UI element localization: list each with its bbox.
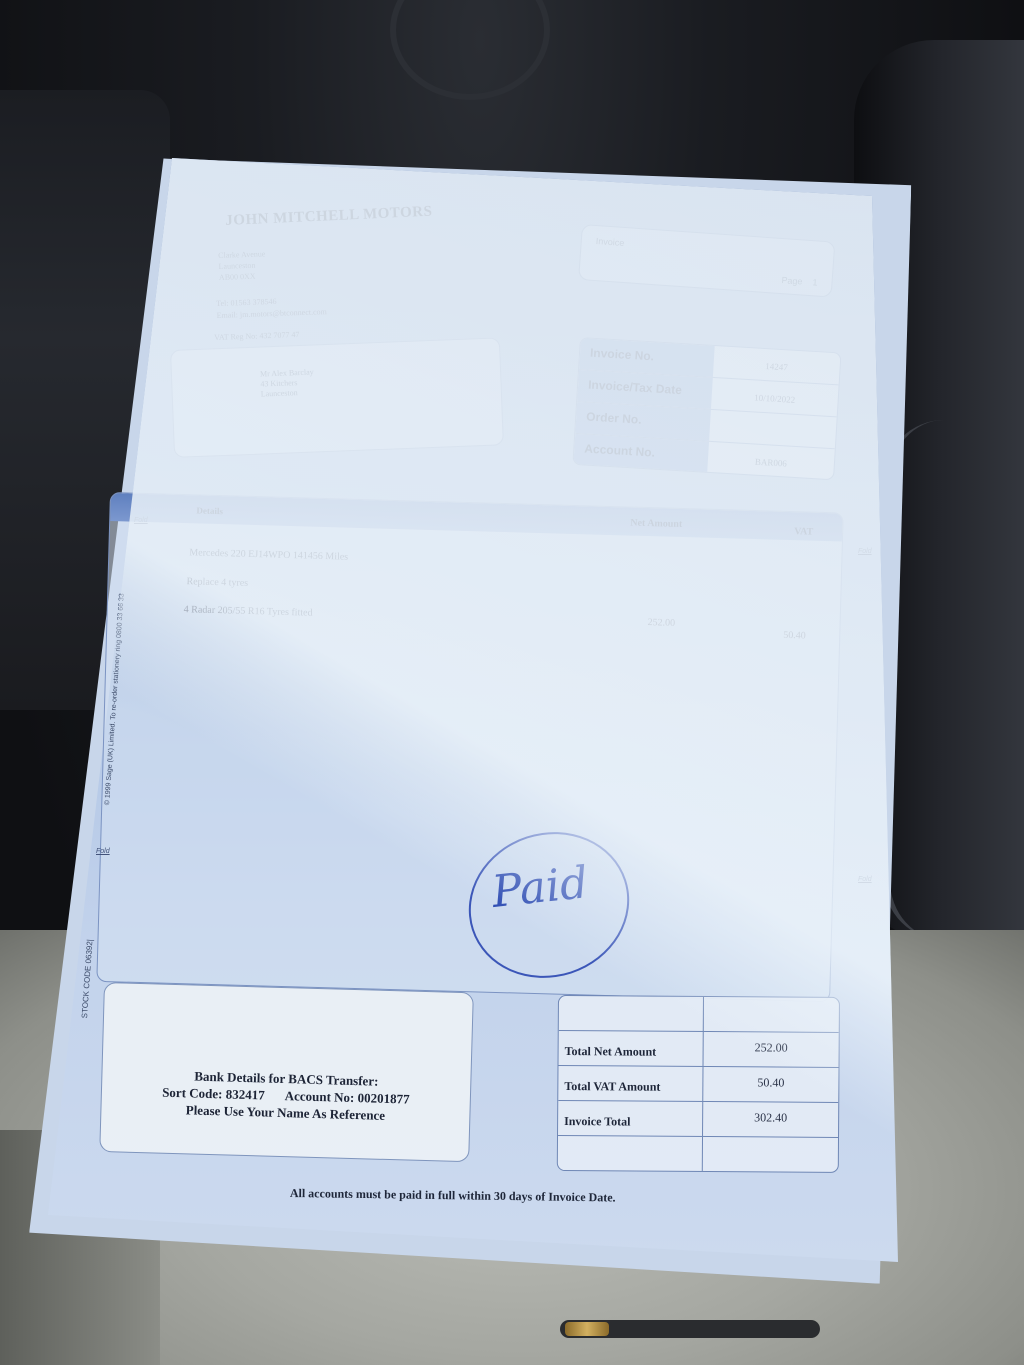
fold-marker-left: Fold [96,848,110,855]
page-number: 1 [812,277,818,287]
invoice-document: JOHN MITCHELL MOTORS Clarke Avenue Launc… [0,0,1024,1365]
totals-row-net: Total Net Amount 252.00 [559,1031,839,1068]
page-label: Page [781,275,803,286]
line-item-description: 4 Radar 205/55 R16 Tyres fitted [184,604,313,619]
bank-details-box: Bank Details for BACS Transfer: Sort Cod… [99,982,474,1162]
paid-handwritten-note: Paid [490,857,591,918]
totals-value: 302.40 [703,1102,838,1137]
line-item-vat: 50.40 [783,630,806,642]
line-item-description: Mercedes 220 EJ14WPO 141456 Miles [189,547,348,562]
payment-terms: All accounts must be paid in full within… [290,1186,616,1206]
totals-label: Total VAT Amount [558,1066,703,1101]
totals-table: Total Net Amount 252.00 Total VAT Amount… [557,995,840,1173]
fold-marker-right-top: Fold [858,548,872,555]
details-column-header: Details [196,505,223,516]
sort-code: Sort Code: 832417 [162,1085,265,1103]
company-contact: Tel: 01563 378546 Email: jm.motors@btcon… [216,294,327,322]
totals-row-invoice-total: Invoice Total 302.40 [558,1101,838,1138]
company-name: JOHN MITCHELL MOTORS [225,204,433,230]
address-line: AB00 0XX [219,270,267,283]
stock-code: STOCK CODE 06392| [80,939,95,1019]
invoice-meta-table: Invoice No. 14247 Invoice/Tax Date 10/10… [572,337,841,480]
document-type-box: Invoice Page1 [578,224,835,298]
totals-label [558,1136,703,1172]
page-indicator: Page1 [771,274,818,287]
totals-value [703,1137,838,1173]
totals-row-empty [559,996,839,1033]
company-email: Email: jm.motors@btconnect.com [216,306,327,322]
customer-address-box: Mr Alex Barclay 43 Kitchers Launceston [170,337,504,458]
customer-address-line: Launceston [261,387,315,399]
line-item-net: 252.00 [647,617,675,629]
line-item-description: Replace 4 tyres [186,576,248,589]
totals-label: Invoice Total [558,1101,703,1136]
meta-label: Account No. [573,434,709,474]
totals-value: 252.00 [704,1032,839,1067]
company-address: Clarke Avenue Launceston AB00 0XX [218,248,266,283]
totals-value: 50.40 [703,1067,838,1102]
totals-label: Total Net Amount [559,1031,704,1066]
meta-value: BAR006 [707,442,835,480]
address-line: Clarke Avenue [218,248,266,261]
document-type-label: Invoice [595,236,624,248]
fold-marker-right: Fold [858,876,872,883]
vat-registration: VAT Reg No: 432 7077 47 [214,330,300,342]
net-amount-column-header: Net Amount [630,518,682,530]
vat-column-header: VAT [794,526,813,538]
fold-marker-left-top: Fold [134,517,148,524]
totals-row-empty [558,1136,838,1173]
totals-value [704,997,839,1032]
totals-row-vat: Total VAT Amount 50.40 [558,1066,838,1103]
details-header: Details Net Amount VAT [110,493,842,541]
totals-label [559,996,704,1031]
